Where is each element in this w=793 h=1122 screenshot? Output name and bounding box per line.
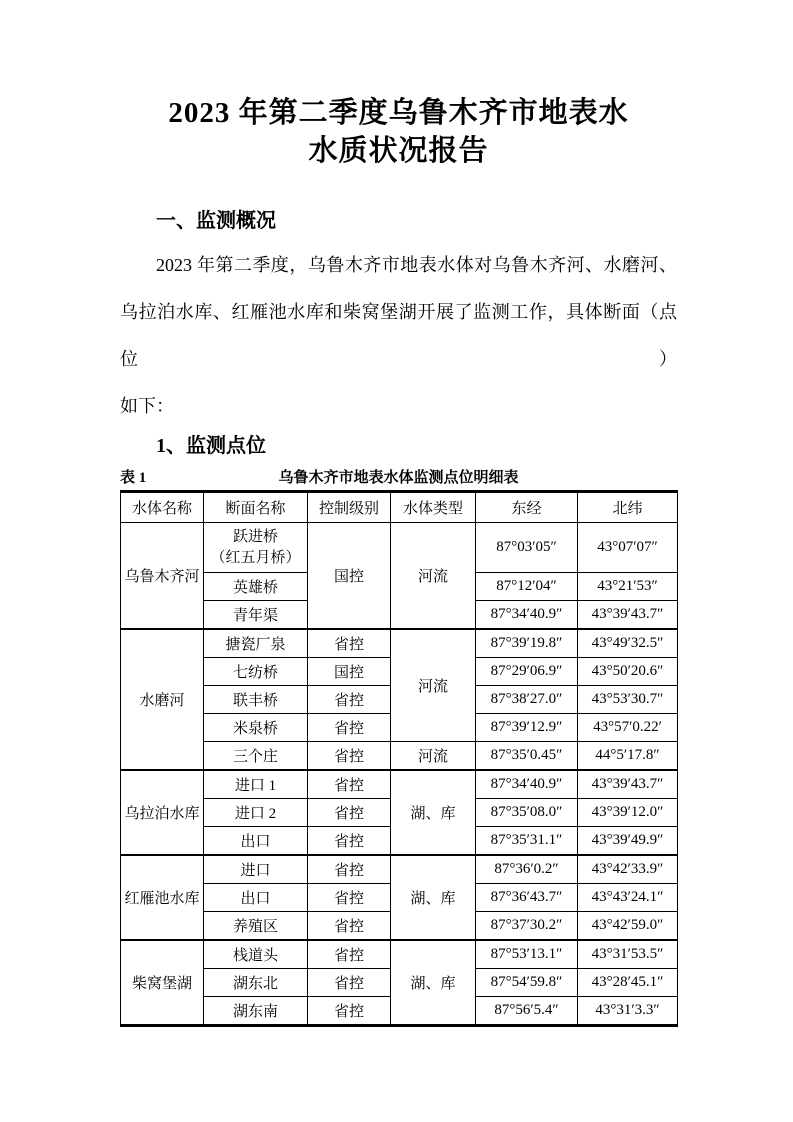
table-caption-row: 表 1 乌鲁木齐市地表水体监测点位明细表 [120, 468, 677, 488]
cell-control-level: 省控 [308, 629, 391, 658]
cell-latitude: 43°39′43.7″ [578, 601, 678, 630]
cell-longitude: 87°53′13.1″ [476, 940, 578, 969]
cell-latitude: 43°43′24.1″ [578, 884, 678, 912]
cell-longitude: 87°34′40.9″ [476, 770, 578, 799]
cell-control-level: 国控 [308, 523, 391, 630]
cell-longitude: 87°35′08.0″ [476, 799, 578, 827]
report-title-line2: 水质状况报告 [120, 132, 677, 170]
cell-latitude: 43°50′20.6″ [578, 658, 678, 686]
cell-latitude: 43°28′45.1″ [578, 969, 678, 997]
cell-section-name-line2: （红五月桥） [206, 548, 305, 569]
cell-control-level: 国控 [308, 658, 391, 686]
cell-section-name: 青年渠 [204, 601, 308, 630]
cell-control-level: 省控 [308, 912, 391, 941]
cell-water-type: 河流 [391, 523, 476, 630]
monitoring-points-table: 水体名称 断面名称 控制级别 水体类型 东经 北纬 乌鲁木齐河 跃进桥 （红五月… [120, 490, 678, 1027]
cell-control-level: 省控 [308, 940, 391, 969]
cell-control-level: 省控 [308, 686, 391, 714]
cell-longitude: 87°35′0.45″ [476, 742, 578, 771]
cell-latitude: 43°39′43.7″ [578, 770, 678, 799]
cell-longitude: 87°39′19.8″ [476, 629, 578, 658]
cell-control-level: 省控 [308, 799, 391, 827]
cell-control-level: 省控 [308, 969, 391, 997]
cell-section-name: 进口 2 [204, 799, 308, 827]
cell-latitude: 43°31′53.5″ [578, 940, 678, 969]
cell-longitude: 87°37′30.2″ [476, 912, 578, 941]
col-header-section-name: 断面名称 [204, 492, 308, 523]
cell-water-body: 红雁池水库 [121, 855, 204, 940]
cell-latitude: 43°49′32.5″ [578, 629, 678, 658]
col-header-latitude: 北纬 [578, 492, 678, 523]
intro-paragraph: 2023 年第二季度，乌鲁木齐市地表水体对乌鲁木齐河、水磨河、 乌拉泊水库、红雁… [120, 242, 677, 430]
cell-latitude: 43°42′59.0″ [578, 912, 678, 941]
cell-longitude: 87°36′43.7″ [476, 884, 578, 912]
intro-paragraph-line3: 如下： [120, 383, 677, 430]
intro-paragraph-line1: 2023 年第二季度，乌鲁木齐市地表水体对乌鲁木齐河、水磨河、 [120, 242, 677, 289]
cell-water-type: 河流 [391, 742, 476, 771]
cell-longitude: 87°39′12.9″ [476, 714, 578, 742]
cell-section-name: 米泉桥 [204, 714, 308, 742]
cell-water-body: 乌拉泊水库 [121, 770, 204, 855]
cell-longitude: 87°12′04″ [476, 573, 578, 601]
col-header-water-body: 水体名称 [121, 492, 204, 523]
cell-latitude: 43°21′53″ [578, 573, 678, 601]
cell-section-name: 养殖区 [204, 912, 308, 941]
cell-water-type: 湖、库 [391, 770, 476, 855]
cell-latitude: 43°42′33.9″ [578, 855, 678, 884]
cell-water-type: 河流 [391, 629, 476, 742]
cell-water-body: 乌鲁木齐河 [121, 523, 204, 630]
cell-section-name: 三个庄 [204, 742, 308, 771]
cell-control-level: 省控 [308, 770, 391, 799]
cell-longitude: 87°34′40.9″ [476, 601, 578, 630]
cell-section-name: 英雄桥 [204, 573, 308, 601]
cell-water-body: 柴窝堡湖 [121, 940, 204, 1026]
cell-longitude: 87°29′06.9″ [476, 658, 578, 686]
cell-section-name-line1: 跃进桥 [206, 527, 305, 548]
cell-control-level: 省控 [308, 827, 391, 856]
cell-latitude: 43°39′12.0″ [578, 799, 678, 827]
cell-section-name: 湖东南 [204, 997, 308, 1026]
cell-water-type: 湖、库 [391, 940, 476, 1026]
cell-latitude: 43°31′3.3″ [578, 997, 678, 1026]
cell-control-level: 省控 [308, 884, 391, 912]
cell-control-level: 省控 [308, 742, 391, 771]
cell-section-name: 出口 [204, 827, 308, 856]
cell-section-name: 联丰桥 [204, 686, 308, 714]
table-row: 乌鲁木齐河 跃进桥 （红五月桥） 国控 河流 87°03′05″ 43°07′0… [121, 523, 678, 573]
table-row: 乌拉泊水库 进口 1 省控 湖、库 87°34′40.9″ 43°39′43.7… [121, 770, 678, 799]
report-title-line1: 2023 年第二季度乌鲁木齐市地表水 [120, 94, 677, 132]
col-header-longitude: 东经 [476, 492, 578, 523]
cell-section-name: 进口 [204, 855, 308, 884]
cell-control-level: 省控 [308, 855, 391, 884]
cell-section-name: 湖东北 [204, 969, 308, 997]
table-row: 红雁池水库 进口 省控 湖、库 87°36′0.2″ 43°42′33.9″ [121, 855, 678, 884]
cell-control-level: 省控 [308, 714, 391, 742]
cell-latitude: 43°53′30.7″ [578, 686, 678, 714]
cell-section-name: 七纺桥 [204, 658, 308, 686]
cell-longitude: 87°38′27.0″ [476, 686, 578, 714]
cell-latitude: 43°57′0.22′ [578, 714, 678, 742]
cell-longitude: 87°03′05″ [476, 523, 578, 573]
table-row: 水磨河 搪瓷厂泉 省控 河流 87°39′19.8″ 43°49′32.5″ [121, 629, 678, 658]
cell-section-name: 跃进桥 （红五月桥） [204, 523, 308, 573]
section-heading-monitoring-overview: 一、监测概况 [120, 208, 677, 234]
table-caption: 乌鲁木齐市地表水体监测点位明细表 [278, 470, 518, 486]
cell-water-type: 湖、库 [391, 855, 476, 940]
subsection-heading-monitoring-points: 1、监测点位 [120, 432, 677, 460]
cell-section-name: 出口 [204, 884, 308, 912]
col-header-control-level: 控制级别 [308, 492, 391, 523]
cell-latitude: 43°39′49.9″ [578, 827, 678, 856]
cell-water-body: 水磨河 [121, 629, 204, 770]
report-page: 2023 年第二季度乌鲁木齐市地表水 水质状况报告 一、监测概况 2023 年第… [0, 0, 793, 1122]
table-label: 表 1 [120, 468, 146, 488]
cell-latitude: 43°07′07″ [578, 523, 678, 573]
table-header-row: 水体名称 断面名称 控制级别 水体类型 东经 北纬 [121, 492, 678, 523]
cell-longitude: 87°35′31.1″ [476, 827, 578, 856]
cell-section-name: 栈道头 [204, 940, 308, 969]
table-row: 柴窝堡湖 栈道头 省控 湖、库 87°53′13.1″ 43°31′53.5″ [121, 940, 678, 969]
intro-paragraph-line2: 乌拉泊水库、红雁池水库和柴窝堡湖开展了监测工作，具体断面（点位） [120, 289, 677, 383]
cell-section-name: 进口 1 [204, 770, 308, 799]
cell-section-name: 搪瓷厂泉 [204, 629, 308, 658]
table-row: 三个庄 省控 河流 87°35′0.45″ 44°5′17.8″ [121, 742, 678, 771]
cell-longitude: 87°56′5.4″ [476, 997, 578, 1026]
cell-longitude: 87°36′0.2″ [476, 855, 578, 884]
cell-latitude: 44°5′17.8″ [578, 742, 678, 771]
cell-control-level: 省控 [308, 997, 391, 1026]
col-header-water-type: 水体类型 [391, 492, 476, 523]
cell-longitude: 87°54′59.8″ [476, 969, 578, 997]
report-title: 2023 年第二季度乌鲁木齐市地表水 水质状况报告 [120, 94, 677, 170]
